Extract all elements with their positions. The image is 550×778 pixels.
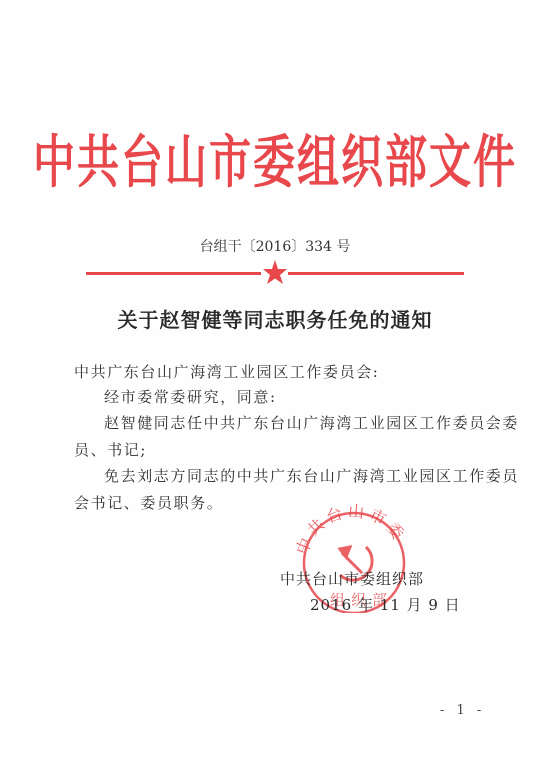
paragraph: 经市委常委研究，同意: [104,387,514,407]
paragraph: 员、书记; [74,440,484,460]
red-divider-right [288,272,464,275]
signature-date: 2016 年 11 月 9 日 [310,594,461,615]
document-title: 关于赵智健等同志职务任免的通知 [0,304,550,333]
svg-text:中共台山市委: 中共台山市委 [292,503,410,557]
signature-organization: 中共台山市委组织部 [280,568,424,589]
paragraph: 赵智健同志任中共广东台山广海湾工业园区工作委员会委 [104,413,524,433]
red-divider-left [86,272,261,275]
red-star-icon [262,259,288,285]
addressee: 中共广东台山广海湾工业园区工作委员会: [74,362,484,382]
paragraph: 会书记、委员职务。 [74,493,484,513]
document-page: 中共台山市委组织部文件 台组干〔2016〕334 号 关于赵智健等同志职务任免的… [0,0,550,778]
document-number: 台组干〔2016〕334 号 [0,236,550,256]
page-number: - 1 - [440,703,485,718]
document-masthead: 中共台山市委组织部文件 [0,118,550,199]
paragraph: 免去刘志方同志的中共广东台山广海湾工业园区工作委员 [104,466,524,486]
